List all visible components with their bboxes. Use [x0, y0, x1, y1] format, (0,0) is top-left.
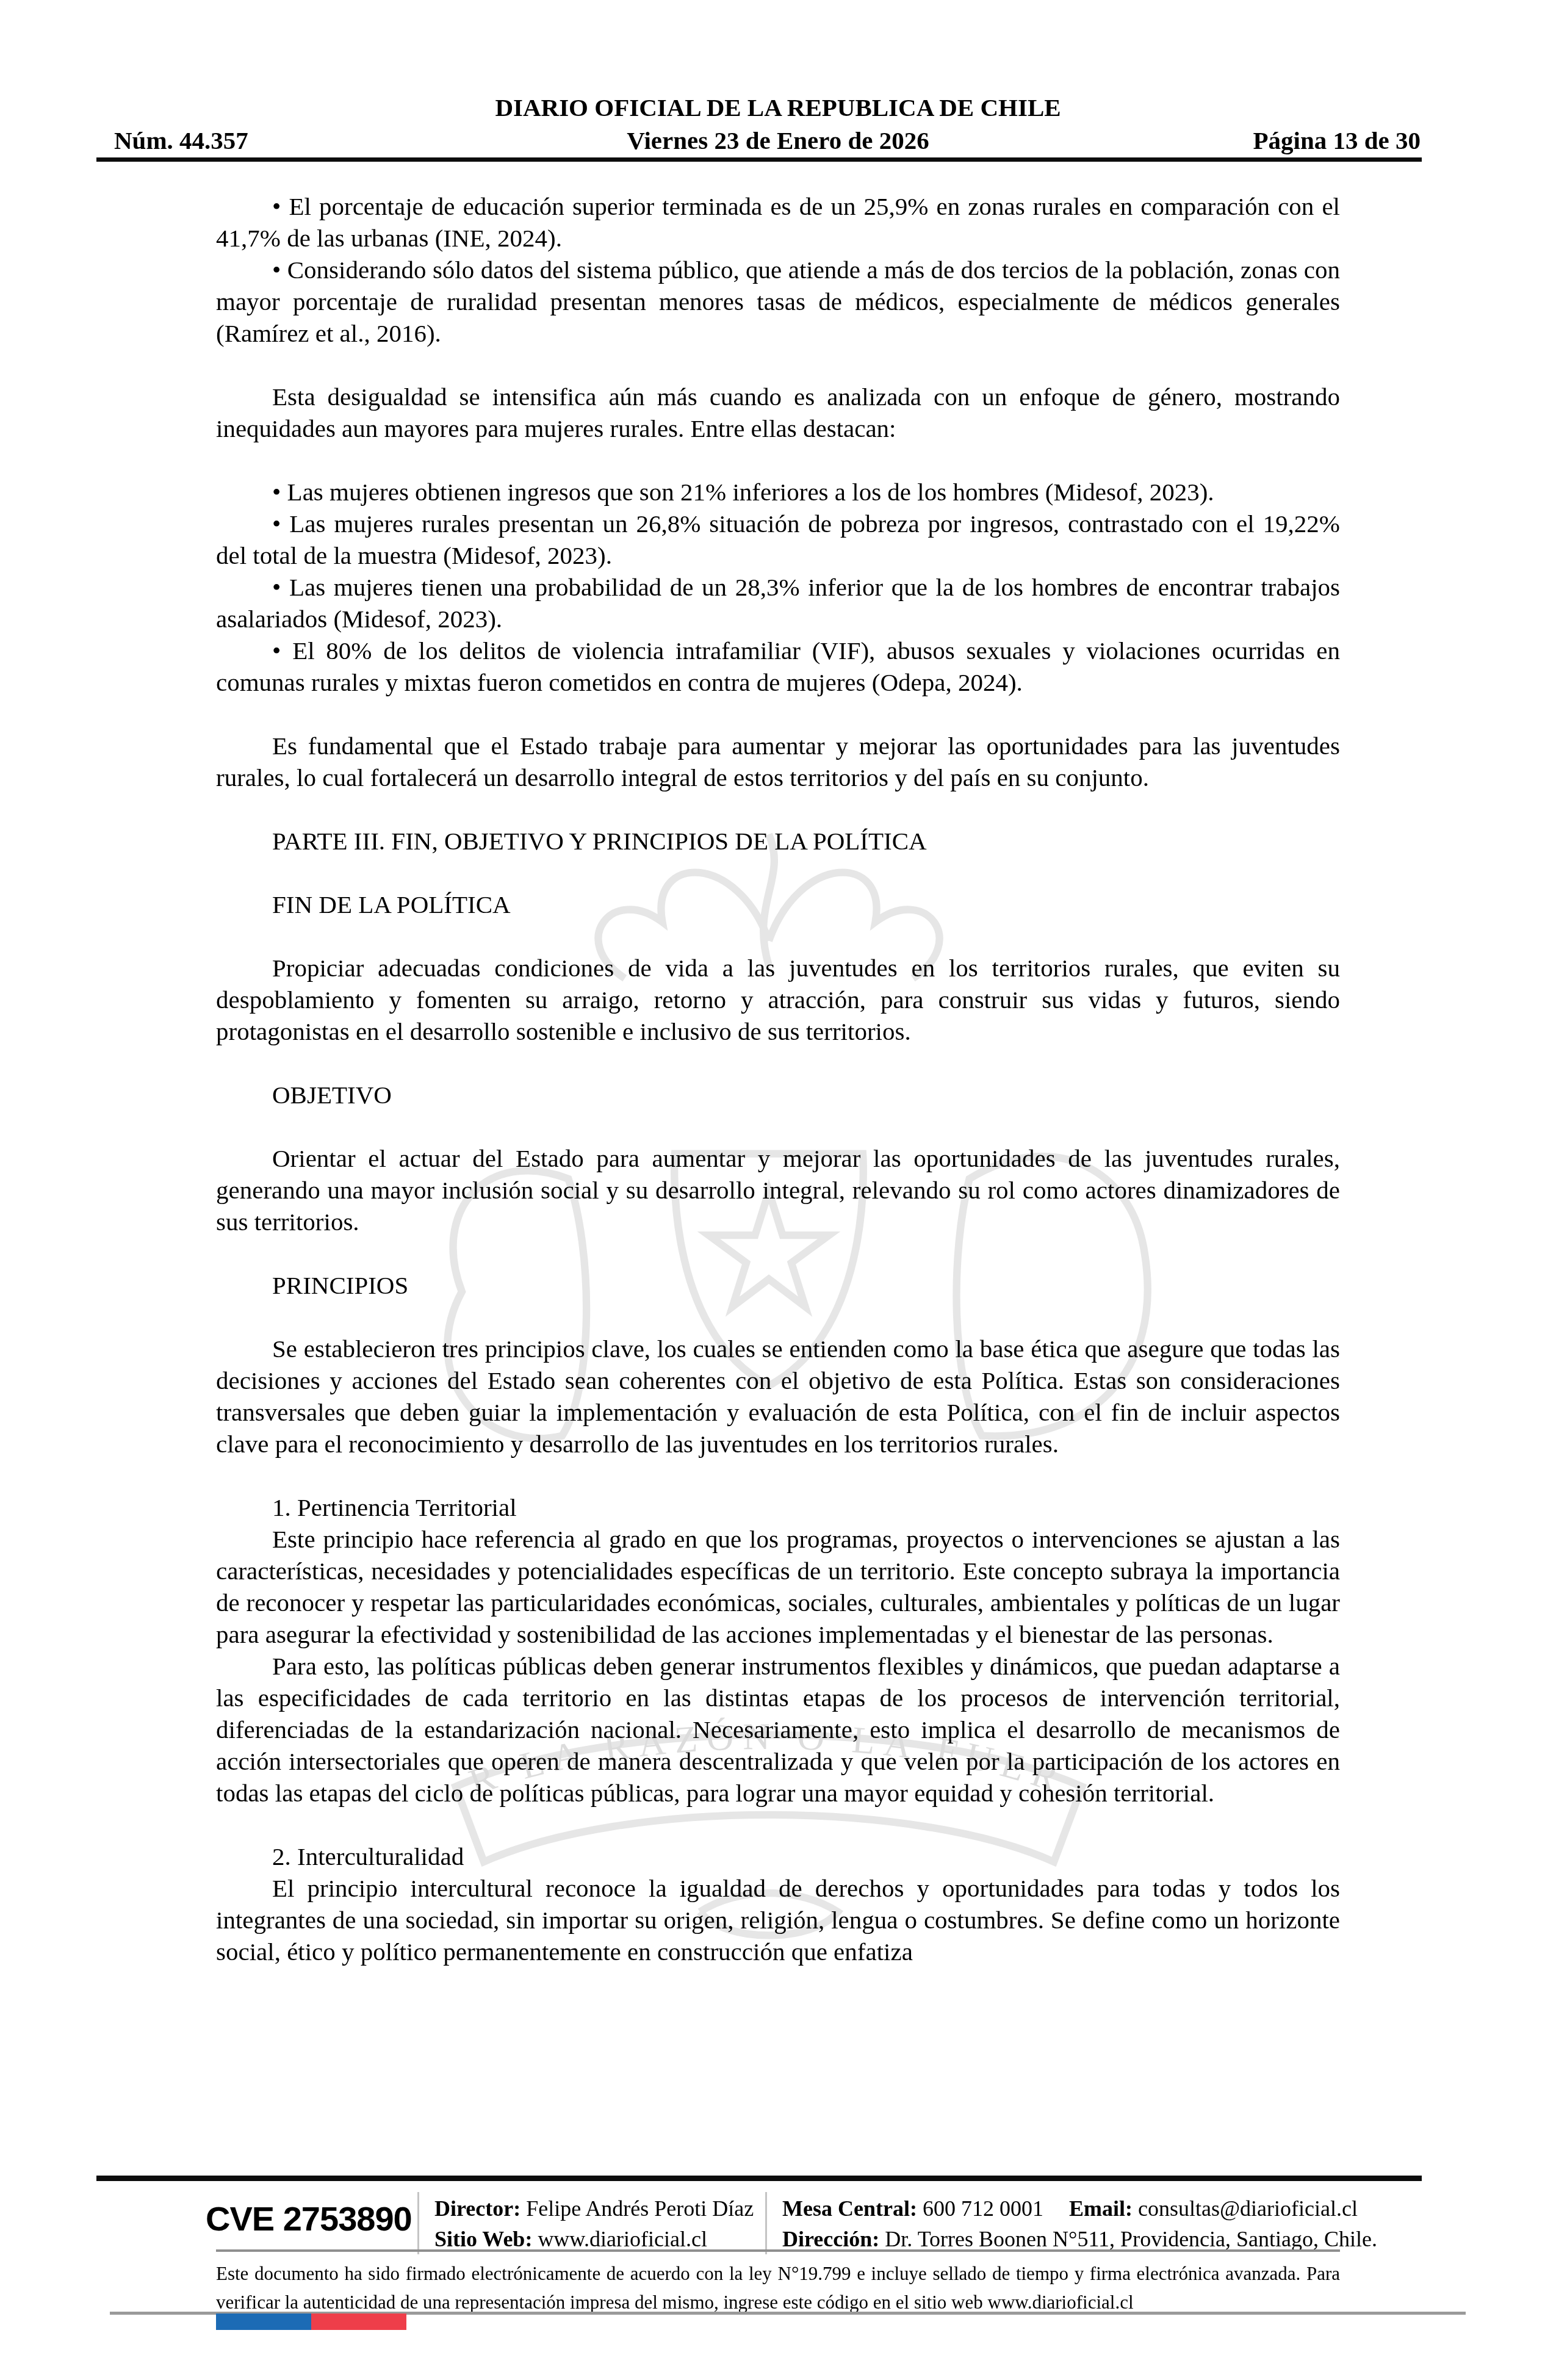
subheading-paragraph: 2. Interculturalidad: [216, 1841, 1340, 1872]
header-rule: [96, 157, 1422, 162]
heading-paragraph: FIN DE LA POLÍTICA: [216, 889, 1340, 920]
legal-notice: Este documento ha sido firmado electróni…: [216, 2259, 1340, 2317]
cve-code: CVE 2753890: [206, 2199, 412, 2238]
bullet-paragraph: • Las mujeres obtienen ingresos que son …: [216, 476, 1340, 508]
phone-email-line: Mesa Central: 600 712 0001Email: consult…: [782, 2193, 1377, 2224]
footer-top-rule: [96, 2176, 1422, 2181]
website-label: Sitio Web:: [434, 2227, 532, 2251]
document-body: • El porcentaje de educación superior te…: [216, 190, 1340, 1967]
normal-paragraph: Orientar el actuar del Estado para aumen…: [216, 1142, 1340, 1238]
footer-middle-rule: [216, 2249, 1340, 2252]
email-address: consultas@diarioficial.cl: [1138, 2196, 1358, 2221]
director-name: Felipe Andrés Peroti Díaz: [526, 2196, 754, 2221]
footer-director-column: Director: Felipe Andrés Peroti Díaz Siti…: [434, 2193, 754, 2254]
flag-blue-segment: [216, 2313, 311, 2330]
heading-paragraph: PARTE III. FIN, OBJETIVO Y PRINCIPIOS DE…: [216, 825, 1340, 857]
bullet-paragraph: • El porcentaje de educación superior te…: [216, 190, 1340, 254]
bullet-paragraph: • Las mujeres rurales presentan un 26,8%…: [216, 508, 1340, 571]
website-url: www.diarioficial.cl: [538, 2227, 707, 2251]
address-value: Dr. Torres Boonen N°511, Providencia, Sa…: [885, 2227, 1377, 2251]
footer-divider-2: [765, 2192, 767, 2254]
heading-paragraph: PRINCIPIOS: [216, 1269, 1340, 1301]
normal-paragraph: Se establecieron tres principios clave, …: [216, 1333, 1340, 1460]
address-label: Dirección:: [782, 2227, 879, 2251]
subheading-paragraph: 1. Pertinencia Territorial: [216, 1491, 1340, 1523]
page-indicator: Página 13 de 30: [1253, 126, 1421, 155]
normal-paragraph: Propiciar adecuadas condiciones de vida …: [216, 952, 1340, 1047]
bullet-paragraph: • Las mujeres tienen una probabilidad de…: [216, 571, 1340, 635]
email-label: Email:: [1069, 2196, 1133, 2221]
gazette-page: POR LA RAZÓN O LA FUERZA DIARIO OFICIAL …: [0, 0, 1556, 2380]
footer-contact-column: Mesa Central: 600 712 0001Email: consult…: [782, 2193, 1377, 2254]
footer-divider-1: [417, 2192, 419, 2254]
normal-paragraph: El principio intercultural reconoce la i…: [216, 1872, 1340, 1967]
normal-paragraph: Es fundamental que el Estado trabaje par…: [216, 730, 1340, 793]
bullet-paragraph: • Considerando sólo datos del sistema pú…: [216, 254, 1340, 349]
flag-red-segment: [311, 2313, 406, 2330]
chile-flag-bar: [216, 2313, 406, 2330]
heading-paragraph: OBJETIVO: [216, 1079, 1340, 1111]
masthead-title: DIARIO OFICIAL DE LA REPUBLICA DE CHILE: [0, 93, 1556, 122]
normal-paragraph: Este principio hace referencia al grado …: [216, 1523, 1340, 1650]
phone-label: Mesa Central:: [782, 2196, 917, 2221]
director-line: Director: Felipe Andrés Peroti Díaz: [434, 2193, 754, 2224]
normal-paragraph: Esta desigualdad se intensifica aún más …: [216, 381, 1340, 444]
normal-paragraph: Para esto, las políticas públicas deben …: [216, 1650, 1340, 1809]
director-label: Director:: [434, 2196, 520, 2221]
bullet-paragraph: • El 80% de los delitos de violencia int…: [216, 635, 1340, 698]
phone-number: 600 712 0001: [923, 2196, 1043, 2221]
